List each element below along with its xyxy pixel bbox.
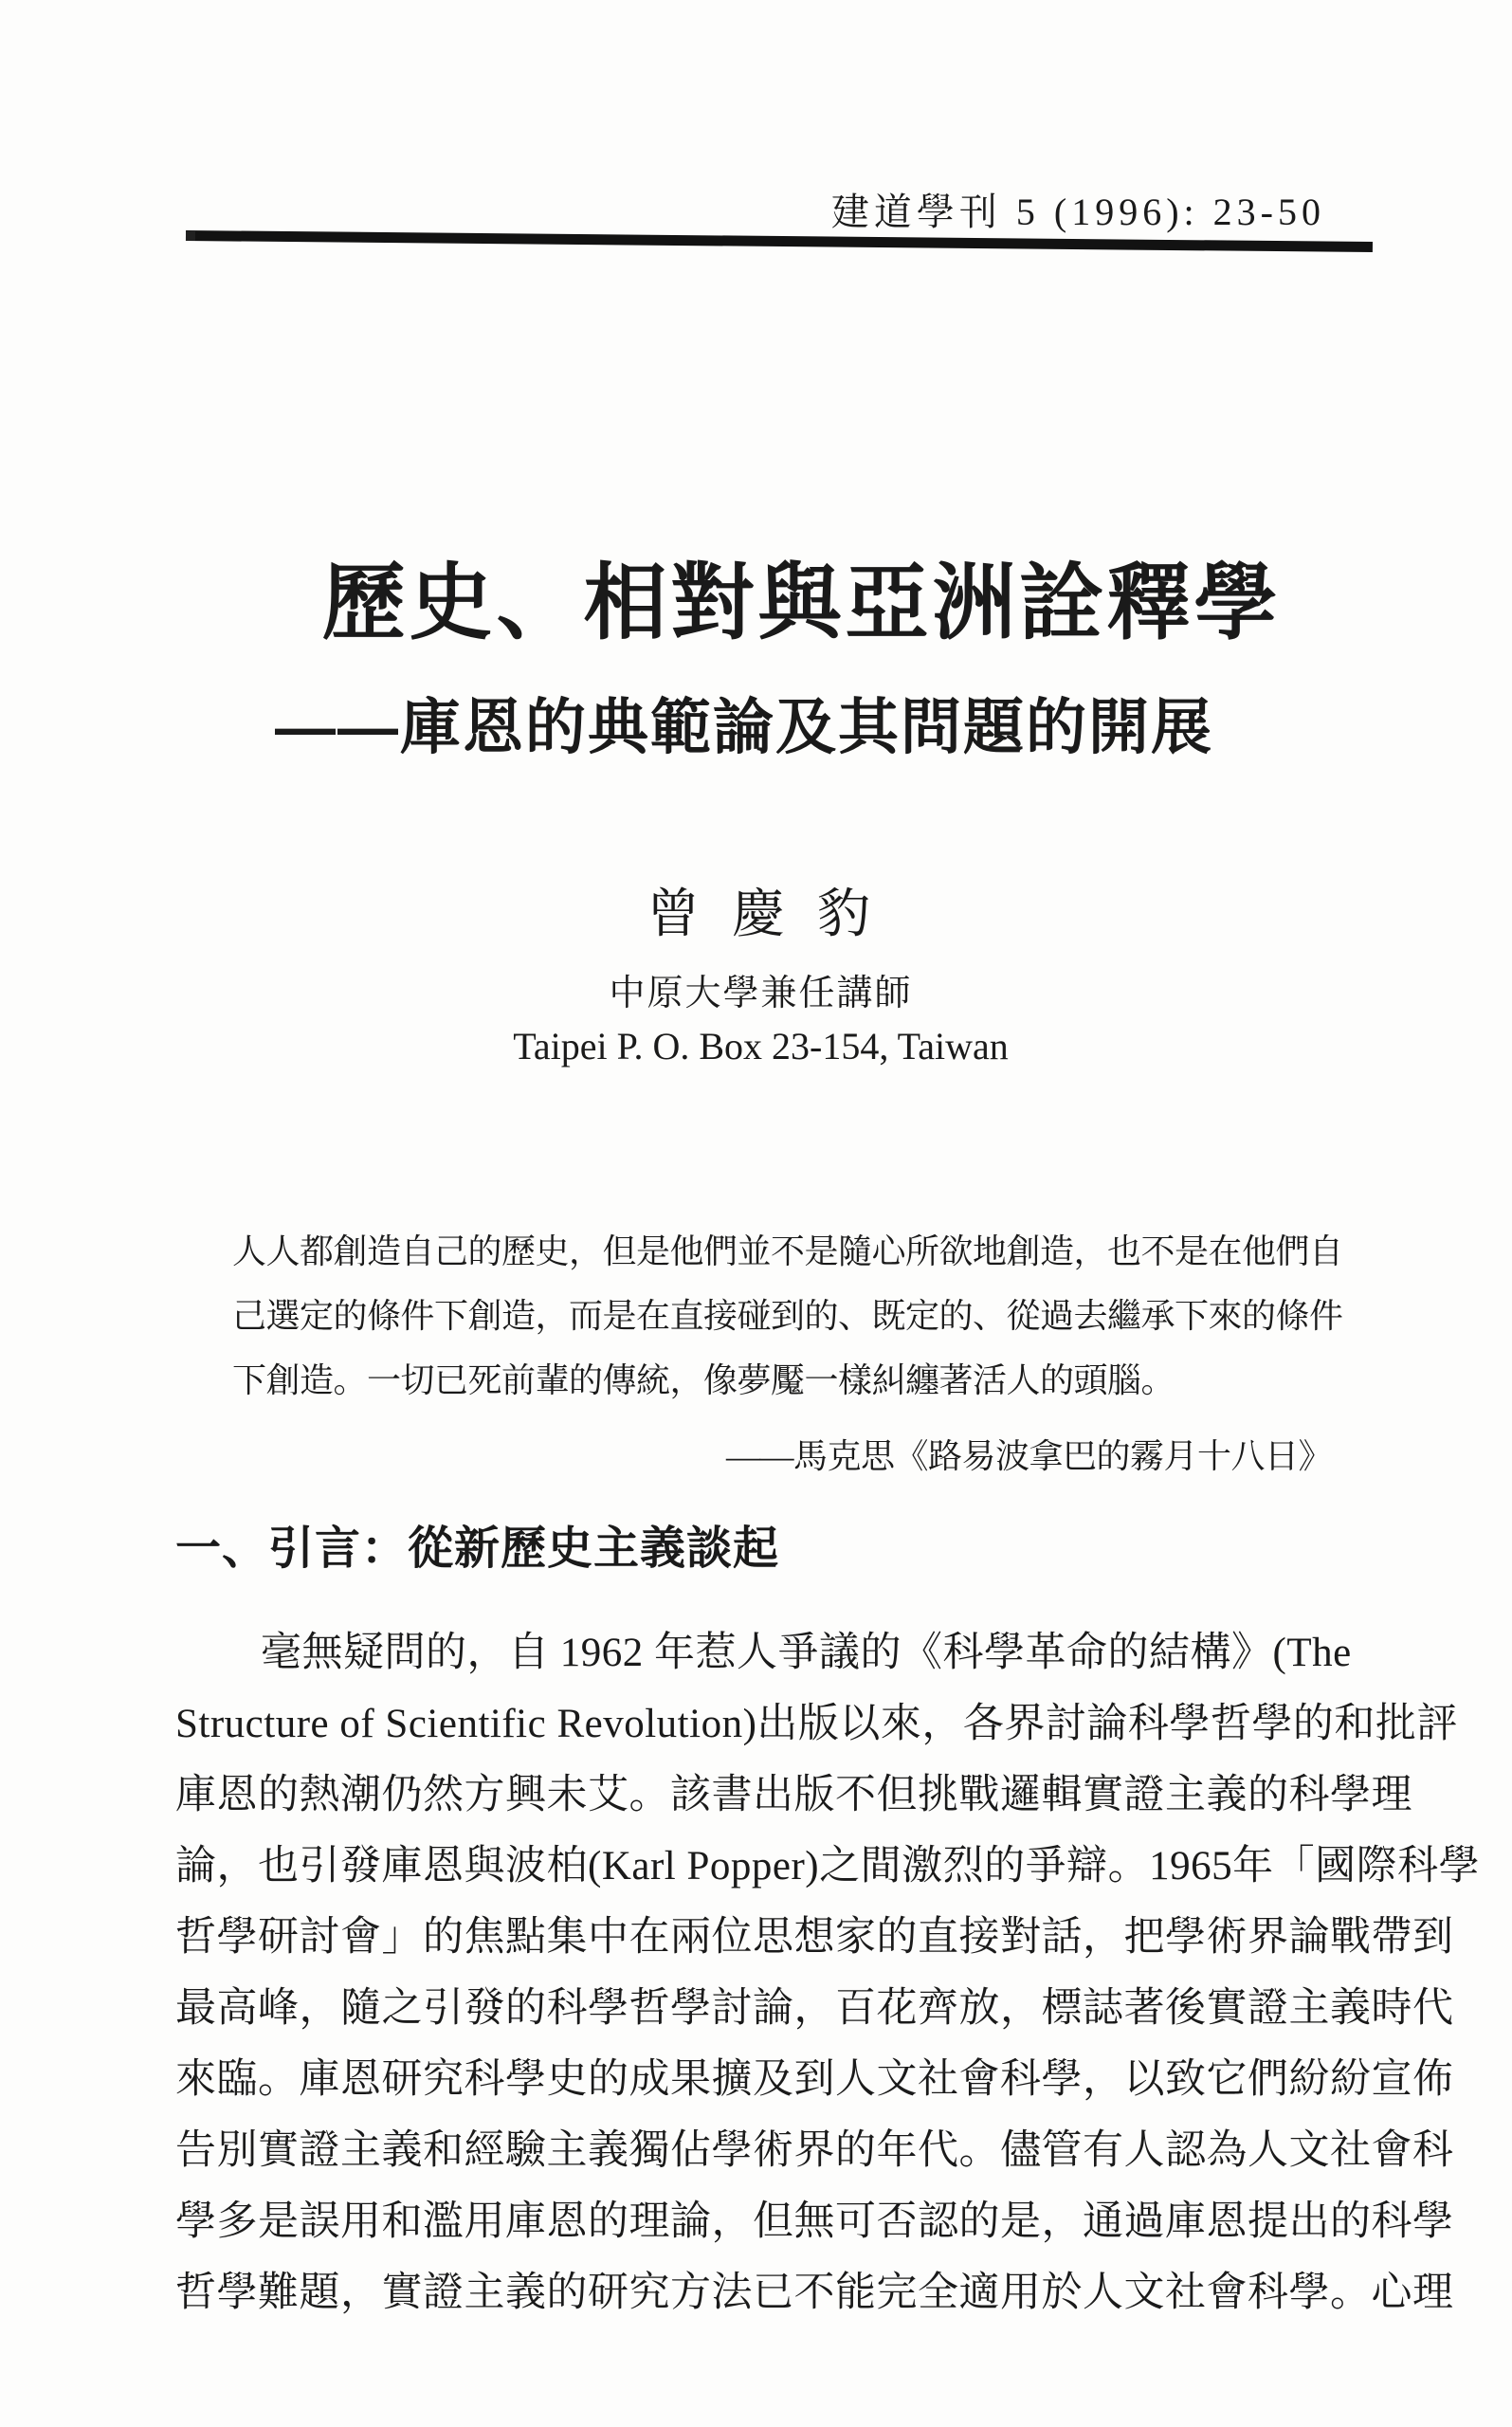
epigraph-line: 下創造。一切已死前輩的傳統，像夢魘一樣糾纏著活人的頭腦。 bbox=[232, 1348, 1332, 1413]
body-line: 哲學研討會」的焦點集中在兩位思想家的直接對話，把學術界論戰帶到 bbox=[175, 1902, 1360, 1973]
author-affiliation: 中原大學兼任講師 bbox=[0, 963, 1512, 1015]
journal-citation: 建道學刊 5 (1996): 23-50 bbox=[831, 182, 1325, 236]
scan-artifact-speck bbox=[186, 231, 195, 241]
body-line: 毫無疑問的，自 1962 年惹人爭議的《科學革命的結構》(The bbox=[175, 1617, 1360, 1688]
body-line: 庫恩的熱潮仍然方興未艾。該書出版不但挑戰邏輯實證主義的科學理 bbox=[175, 1760, 1360, 1831]
article-title: 歷史、相對與亞洲詮釋學 bbox=[91, 537, 1512, 656]
epigraph-attribution: ——馬克思《路易波拿巴的霧月十八日》 bbox=[232, 1424, 1332, 1488]
body-line: Structure of Scientific Revolution)出版以來，… bbox=[175, 1688, 1360, 1760]
epigraph-line: 己選定的條件下創造，而是在直接碰到的、既定的、從過去繼承下來的條件 bbox=[232, 1284, 1332, 1348]
author-name: 曾 慶 豹 bbox=[0, 872, 1512, 948]
body-line: 來臨。庫恩研究科學史的成果擴及到人文社會科學，以致它們紛紛宣佈 bbox=[175, 2044, 1360, 2115]
author-address: Taipei P. O. Box 23-154, Taiwan bbox=[0, 1024, 1512, 1068]
body-line: 學多是誤用和濫用庫恩的理論，但無可否認的是，通過庫恩提出的科學 bbox=[175, 2186, 1360, 2257]
body-line: 論，也引發庫恩與波柏(Karl Popper)之間激烈的爭辯。1965年「國際科… bbox=[175, 1831, 1360, 1902]
body-line: 最高峰，隨之引發的科學哲學討論，百花齊放，標誌著後實證主義時代 bbox=[175, 1973, 1360, 2044]
section-heading: 一、引言：從新歷史主義談起 bbox=[175, 1511, 779, 1577]
body-line: 告別實證主義和經驗主義獨佔學術界的年代。儘管有人認為人文社會科 bbox=[175, 2115, 1360, 2186]
document-page: 建道學刊 5 (1996): 23-50 歷史、相對與亞洲詮釋學 ——庫恩的典範… bbox=[0, 0, 1512, 2427]
epigraph-block: 人人都創造自己的歷史，但是他們並不是隨心所欲地創造，也不是在他們自 己選定的條件… bbox=[232, 1219, 1332, 1488]
epigraph-line: 人人都創造自己的歷史，但是他們並不是隨心所欲地創造，也不是在他們自 bbox=[232, 1219, 1332, 1284]
body-line: 哲學難題，實證主義的研究方法已不能完全適用於人文社會科學。心理 bbox=[175, 2257, 1360, 2328]
article-subtitle: ——庫恩的典範論及其問題的開展 bbox=[0, 679, 1488, 766]
body-paragraph: 毫無疑問的，自 1962 年惹人爭議的《科學革命的結構》(The Structu… bbox=[175, 1617, 1360, 2328]
